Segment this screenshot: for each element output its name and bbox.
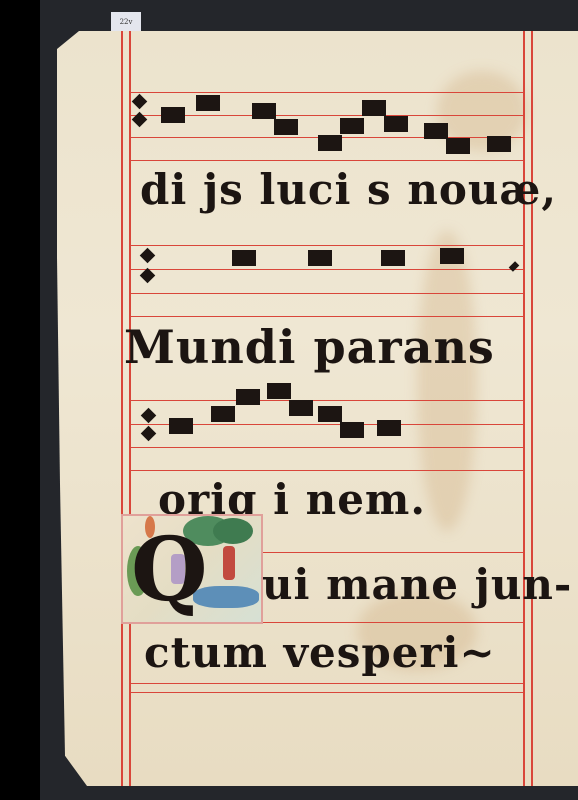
square-note	[196, 95, 220, 111]
text-rule	[131, 683, 523, 684]
water-stain	[417, 231, 477, 531]
square-note	[274, 119, 298, 135]
staff-line	[131, 316, 523, 317]
staff-line	[131, 92, 523, 93]
square-note	[362, 100, 386, 116]
square-note	[318, 135, 342, 151]
staff-line	[131, 245, 523, 246]
staff-line	[131, 293, 523, 294]
staff-line	[131, 269, 523, 270]
square-note	[267, 383, 291, 399]
margin-rule	[531, 31, 533, 786]
margin-rule	[129, 31, 131, 786]
square-note	[340, 422, 364, 438]
staff-line	[131, 115, 523, 116]
lyric-line-2: Mundi parans	[124, 320, 495, 374]
figure-icon	[223, 546, 235, 580]
initial-letter-q: Q	[131, 516, 208, 622]
square-note	[340, 118, 364, 134]
square-note	[211, 406, 235, 422]
lyric-line-4: ui mane jun-	[262, 560, 572, 609]
square-note	[252, 103, 276, 119]
illuminated-initial-q: Q	[121, 514, 263, 624]
square-note	[318, 406, 342, 422]
square-note	[384, 116, 408, 132]
square-note	[440, 248, 464, 264]
square-note	[377, 420, 401, 436]
margin-rule	[121, 31, 123, 786]
square-note	[424, 123, 448, 139]
text-rule	[131, 692, 523, 693]
lyric-line-1: di js luci s nouæ,	[140, 165, 557, 214]
staff-line	[131, 470, 523, 471]
square-note	[308, 250, 332, 266]
square-note	[236, 389, 260, 405]
tree-icon	[213, 518, 253, 544]
square-note	[381, 250, 405, 266]
square-note	[169, 418, 193, 434]
left-black-band	[0, 0, 40, 800]
square-note	[232, 250, 256, 266]
lyric-line-5: ctum vesperi~	[144, 628, 496, 677]
square-note	[161, 107, 185, 123]
folio-label-tag: 22v	[111, 12, 141, 32]
staff-line	[131, 160, 523, 161]
staff-line	[131, 400, 523, 401]
staff-line	[131, 447, 523, 448]
square-note	[487, 136, 511, 152]
square-note	[289, 400, 313, 416]
margin-rule	[523, 31, 525, 786]
square-note	[446, 138, 470, 154]
